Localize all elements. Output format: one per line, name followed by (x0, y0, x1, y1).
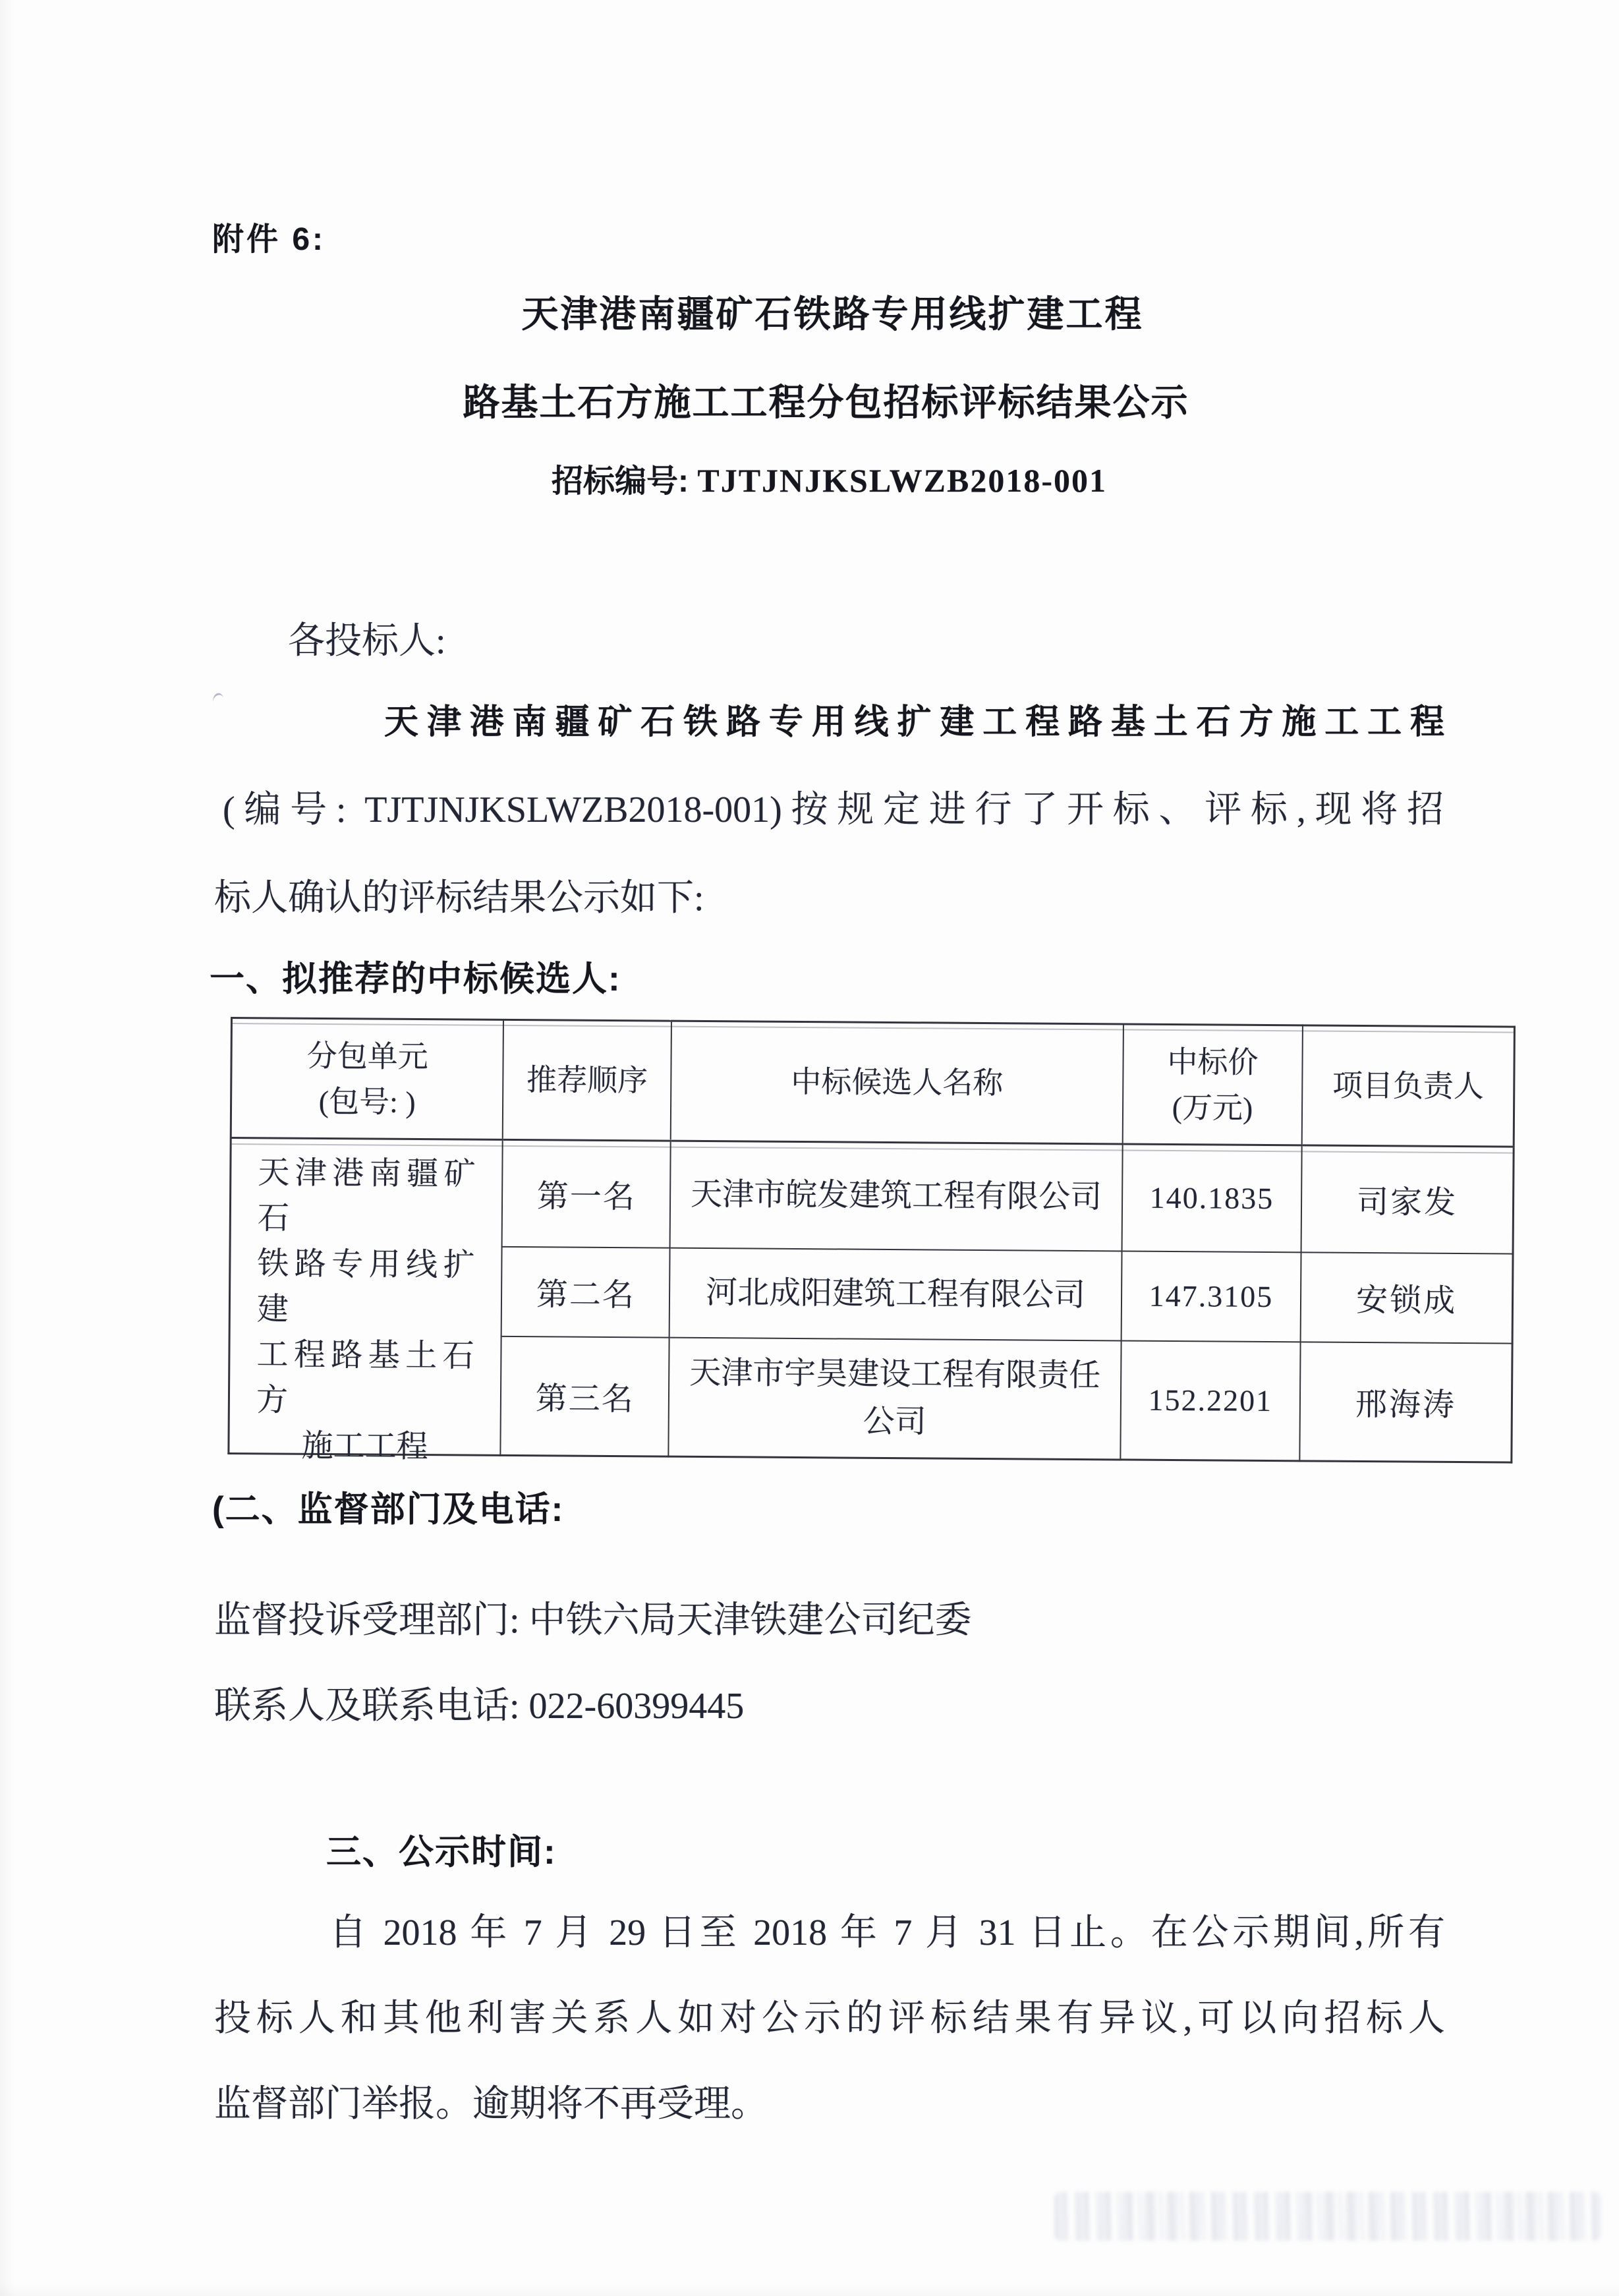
tender-number-label: 招标编号: (552, 464, 689, 499)
th-package-unit-line2: (包号: ) (240, 1078, 495, 1126)
supervision-dept-line: 监督投诉受理部门: 中铁六局天津铁建公司纪委 (214, 1599, 972, 1642)
table-row: 天津港南疆矿石 铁路专用线扩建 工程路基土石方 施工工程 第一名 天津市皖发建筑… (230, 1138, 1514, 1254)
th-project-manager: 项目负责人 (1302, 1025, 1515, 1147)
publicity-paragraph-line-2: 投标人和其他利害关系人如对公示的评标结果有异议,可以向招标人 (214, 1997, 1445, 2040)
price-cell: 140.1835 (1122, 1144, 1302, 1252)
salutation: 各投标人: (288, 619, 446, 663)
rank-cell: 第三名 (501, 1336, 669, 1456)
contact-phone-line: 联系人及联系电话: 022-60399445 (214, 1684, 744, 1728)
th-candidate-name: 中标候选人名称 (671, 1021, 1123, 1144)
manager-cell: 安锁成 (1301, 1252, 1513, 1343)
table-header-row: 分包单元 (包号: ) 推荐顺序 中标候选人名称 中标价 (万元) 项目负责人 (231, 1018, 1514, 1147)
attachment-label: 附件 6: (212, 221, 326, 259)
section3-heading: 三、公示时间: (326, 1832, 557, 1874)
package-unit-cell: 天津港南疆矿石 铁路专用线扩建 工程路基土石方 施工工程 (229, 1138, 503, 1456)
th-bid-price: 中标价 (万元) (1122, 1024, 1303, 1145)
section2-heading: (二、监督部门及电话: (212, 1489, 564, 1531)
manager-cell: 邢海涛 (1300, 1342, 1513, 1462)
package-unit-line: 天津港南疆矿石 (239, 1147, 494, 1240)
rank-cell: 第二名 (501, 1247, 670, 1337)
candidates-table: 分包单元 (包号: ) 推荐顺序 中标候选人名称 中标价 (万元) 项目负责人 (227, 1017, 1516, 1464)
project-name-line: 天津港南疆矿石铁路专用线扩建工程路基土石方施工工程 (384, 703, 1445, 743)
th-recommend-order: 推荐顺序 (503, 1019, 671, 1141)
result-intro-line: 标人确认的评标结果公示如下: (214, 876, 704, 920)
price-cell: 152.2201 (1120, 1340, 1301, 1461)
tender-number-line: 招标编号: TJTJNJKSLWZB2018-001 (0, 461, 1619, 501)
doc-title-line2: 路基土石方施工工程分包招标评标结果公示 (0, 381, 1619, 424)
package-unit-line: 施工工程 (237, 1420, 492, 1467)
th-bid-price-line2: (万元) (1131, 1084, 1293, 1131)
section1-heading: 一、拟推荐的中标候选人: (210, 959, 621, 1000)
company-cell: 天津市皖发建筑工程有限公司 (670, 1141, 1122, 1251)
bleed-through-artifact (1054, 2192, 1601, 2241)
package-unit-line: 工程路基土石方 (238, 1329, 493, 1421)
tender-open-line: (编号: TJTJNJKSLWZB2018-001)按规定进行了开标、评标,现将… (223, 788, 1444, 832)
publicity-paragraph-line-3: 监督部门举报。逾期将不再受理。 (214, 2082, 768, 2126)
th-package-unit-line1: 分包单元 (240, 1033, 495, 1080)
document-page: 附件 6: 天津港南疆矿石铁路专用线扩建工程 路基土石方施工工程分包招标评标结果… (0, 0, 1619, 2296)
th-package-unit: 分包单元 (包号: ) (231, 1018, 503, 1140)
rank-cell: 第一名 (502, 1139, 671, 1248)
th-bid-price-line1: 中标价 (1131, 1039, 1294, 1085)
package-unit-line: 铁路专用线扩建 (239, 1238, 494, 1331)
price-cell: 147.3105 (1121, 1251, 1301, 1342)
scan-tick-artifact (212, 692, 225, 703)
doc-title-line1: 天津港南疆矿石铁路专用线扩建工程 (0, 293, 1619, 336)
company-cell: 河北成阳建筑工程有限公司 (669, 1248, 1122, 1340)
manager-cell: 司家发 (1301, 1145, 1514, 1254)
candidates-table-wrapper: 分包单元 (包号: ) 推荐顺序 中标候选人名称 中标价 (万元) 项目负责人 (227, 1017, 1516, 1464)
publicity-paragraph-line-1: 自 2018 年 7 月 29 日至 2018 年 7 月 31 日止。在公示期… (329, 1911, 1445, 1955)
company-cell: 天津市宇昊建设工程有限责任公司 (669, 1337, 1122, 1460)
tender-number-value: TJTJNJKSLWZB2018-001 (697, 462, 1107, 499)
